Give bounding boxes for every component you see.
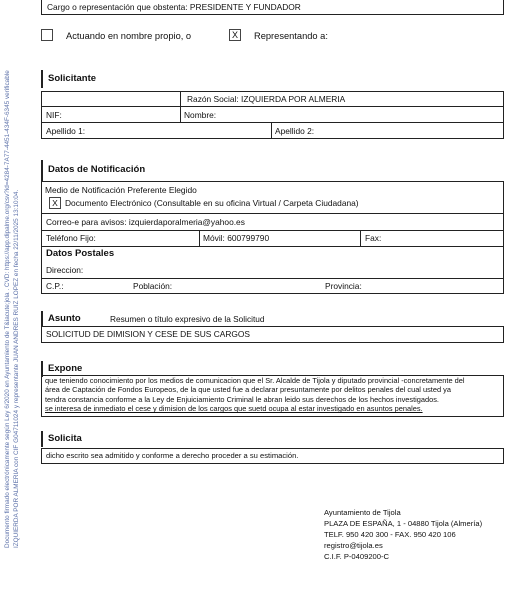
section-title-notificacion: Datos de Notificación: [41, 160, 145, 182]
stamp-line-2: IZQUIERDA POR ALMERIA con CIF G04711024 …: [13, 0, 22, 548]
medio-label: Medio de Notificación Preferente Elegido: [42, 184, 197, 196]
representando-label: Representando a:: [254, 31, 328, 41]
nombre-field: Nombre:: [181, 109, 216, 121]
notificacion-table: Medio de Notificación Preferente Elegido…: [41, 181, 504, 294]
expone-line: área de Captación de Fondos Europeos, de…: [45, 385, 464, 394]
fax-field: Fax:: [362, 232, 381, 244]
solicita-field: dicho escrito sea admitido y conforme a …: [41, 448, 504, 464]
postales-title: Datos Postales: [43, 248, 114, 260]
footer-line: C.I.F. P-0409200-C: [324, 551, 482, 562]
footer-line: PLAZA DE ESPAÑA, 1 - 04880 Tijola (Almer…: [324, 518, 482, 529]
movil-field: Móvil: 600799790: [200, 232, 269, 244]
footer-line: TELF. 950 420 300 - FAX. 950 420 106: [324, 529, 482, 540]
section-title-solicita: Solicita: [41, 431, 82, 447]
ayuntamiento-footer: Ayuntamiento de Tijola PLAZA DE ESPAÑA, …: [324, 507, 482, 562]
expone-line: que teniendo conocimiento por los medios…: [45, 376, 464, 385]
cp-field: C.P.:: [43, 280, 64, 292]
provincia-field: Provincia:: [322, 280, 362, 292]
footer-line: registro@tijola.es: [324, 540, 482, 551]
expone-line: se interesa de inmediato el cese y dimis…: [45, 404, 464, 413]
asunto-value: SOLICITUD DE DIMISION Y CESE DE SUS CARG…: [43, 328, 250, 340]
razon-social: Razón Social: IZQUIERDA POR ALMERIA: [184, 93, 345, 105]
checkbox-documento-electronico[interactable]: X: [49, 197, 61, 209]
stamp-line-1: Documento firmado electrónicamente según…: [4, 0, 13, 548]
section-title-asunto: Asunto: [41, 311, 81, 327]
nombre-propio-label: Actuando en nombre propio, o: [66, 31, 191, 41]
expone-line: tendra constancia conforme a la Ley de E…: [45, 395, 464, 404]
nif-field: NIF:: [43, 109, 62, 121]
solicitante-table: Razón Social: IZQUIERDA POR ALMERIA NIF:…: [41, 91, 504, 139]
poblacion-field: Población:: [130, 280, 172, 292]
footer-line: Ayuntamiento de Tijola: [324, 507, 482, 518]
correo-field: Correo-e para avisos: izquierdaporalmeri…: [43, 216, 245, 228]
telefono-field: Teléfono Fijo:: [43, 232, 96, 244]
section-title-solicitante: Solicitante: [41, 70, 96, 88]
expone-field: que teniendo conocimiento por los medios…: [41, 375, 504, 417]
solicita-value: dicho escrito sea admitido y conforme a …: [43, 450, 298, 462]
medio-option: Documento Electrónico (Consultable en su…: [62, 197, 359, 209]
checkbox-nombre-propio[interactable]: [41, 29, 53, 41]
asunto-field: SOLICITUD DE DIMISION Y CESE DE SUS CARG…: [41, 326, 504, 343]
apellido1-field: Apellido 1:: [43, 125, 85, 137]
cargo-field: Cargo o representación que obstenta: PRE…: [41, 0, 504, 15]
checkbox-representando[interactable]: X: [229, 29, 241, 41]
apellido2-field: Apellido 2:: [272, 125, 314, 137]
direccion-field: Direccion:: [43, 264, 83, 276]
electronic-signature-stamp: Documento firmado electrónicamente según…: [0, 0, 30, 598]
asunto-hint: Resumen o título expresivo de la Solicit…: [107, 313, 265, 325]
cargo-text: Cargo o representación que obstenta: PRE…: [44, 1, 301, 13]
